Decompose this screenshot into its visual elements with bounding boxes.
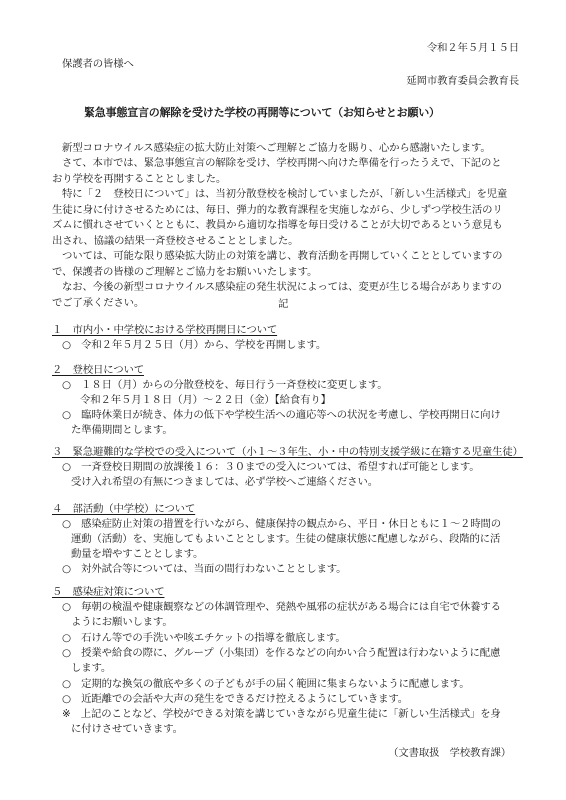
section-line: ○ 一斉登校日期間の放課後１６：３０までの受入については、希望すれば可能とします…	[62, 461, 480, 474]
document-date: 令和２年５月１５日	[427, 42, 519, 55]
section-line: た準備期間とします。	[71, 424, 173, 437]
section-heading: ２ 登校日について	[52, 364, 144, 377]
intro-line: 生徒に身に付けさせるためには、毎日、弾力的な教育課程を実施しながら、少しずつ学校…	[52, 204, 503, 217]
section-line: 運動（活動）を、実施してもよいこととします。生徒の健康状態に配慮しながら、段階的…	[71, 533, 500, 546]
intro-line: おり学校を再開することとしました。	[52, 173, 226, 186]
section-heading: ５ 感染症対策について	[52, 586, 164, 599]
section-line: ※ 上記のことなど、学校ができる対策を講じていきながら児童生徒に「新しい生活様式…	[62, 708, 501, 721]
section-line: に付けさせていきます。	[71, 723, 183, 736]
section-line: ○ 令和２年５月２５日（月）から、学校を再開します。	[62, 339, 326, 352]
document-title: 緊急事態宣言の解除を受けた学校の再開等について（お知らせとお願い）	[84, 106, 440, 119]
section-line: ようにお願いします。	[71, 616, 173, 629]
section-line: ○ 毎朝の検温や健康観察などの体調管理や、発熱や風邪の症状がある場合には自宅で休…	[62, 601, 501, 614]
addressee: 保護者の皆様へ	[62, 58, 134, 71]
section-line: ○ 対外試合等については、当面の間行わないこととします。	[62, 563, 346, 576]
document-handler: （文書取扱 学校教育課）	[388, 747, 511, 760]
intro-line: ズムに慣れさせていくとともに、教員から適切な指導を毎日受けることが大切であるとい…	[52, 219, 503, 232]
intro-line: 出され、協議の結果一斉登校させることとしました。	[52, 235, 298, 248]
intro-line: ついては、可能な限り感染拡大防止の対策を講じ、教育活動を再開していくこととしてい…	[62, 250, 502, 263]
intro-line: 特に「２ 登校日について」は、当初分散登校を検討していましたが、「新しい生活様式…	[62, 188, 507, 201]
intro-line: でご了承ください。	[52, 297, 144, 310]
section-line: ○ 臨時休業日が続き、体力の低下や学校生活への適応等への状況を考慮し、学校再開日…	[62, 409, 501, 422]
section-line: します。	[71, 662, 111, 675]
section-heading: ３ 緊急避難的な学校での受入について（小１～３年生、小・中の特別支援学級に在籍す…	[52, 446, 523, 459]
section-line: 受け入れ希望の有無につきましては、必ず学校へご連絡ください。	[71, 476, 378, 489]
intro-line: さて、本市では、緊急事態宣言の解除を受け、学校再開へ向けた準備を行ったうえで、下…	[62, 157, 502, 170]
section-heading: ４ 部活動（中学校）について	[52, 503, 195, 516]
section-line: ○ 近距離での会話や大声の発生をできるだけ控えるようにしていきます。	[62, 693, 408, 706]
section-line: 動量を増やすこととします。	[71, 548, 203, 561]
sender: 延岡市教育委員会教育長	[406, 75, 519, 88]
intro-line: で、保護者の皆様のご理解とご協力をお願いいたします。	[52, 266, 317, 279]
section-line: ○ 石けん等での手洗いや咳エチケットの指導を徹底します。	[62, 632, 346, 645]
section-line: ○ 定期的な換気の徹底や多くの子どもが手の届く範囲に集まらないように配慮します。	[62, 678, 469, 691]
section-line: ○ 授業や給食の際に、グループ（小集団）を作るなどの向かい合う配置は行わないよう…	[62, 647, 500, 660]
section-line: ○ １８日（月）からの分散登校を、毎日行う一斉登校に変更します。	[62, 379, 388, 392]
ki-marker: 記	[278, 298, 288, 311]
section-line: 令和２年５月１８日（月）～２２日（金）【給食有り】	[80, 394, 331, 407]
intro-line: 新型コロナウイルス感染症の拡大防止対策へご理解とご協力を賜り、心から感謝いたしま…	[62, 142, 491, 155]
section-line: ○ 感染症防止対策の措置を行いながら、健康保持の観点から、平日・休日ともに１～２…	[62, 518, 501, 531]
intro-line: なお、今後の新型コロナウイルス感染症の発生状況によっては、変更が生じる場合があり…	[62, 281, 502, 294]
section-heading: １ 市内小・中学校における学校再開日について	[52, 324, 277, 337]
